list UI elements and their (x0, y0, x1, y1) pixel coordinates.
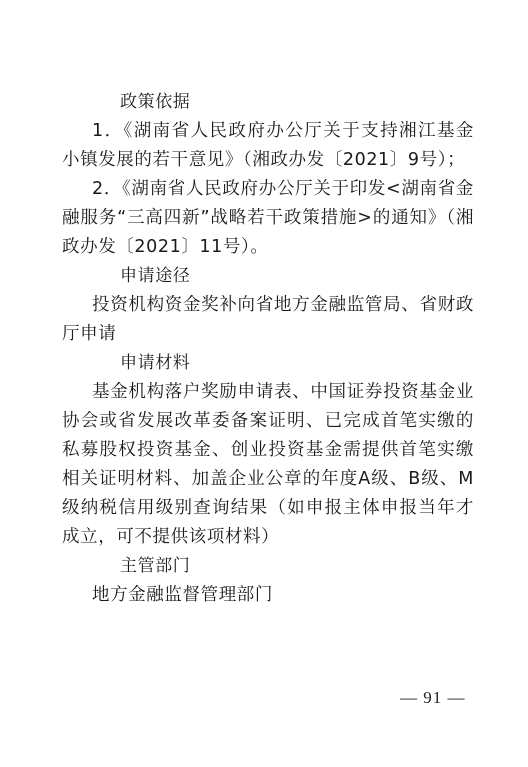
section-heading-competent-department: 主管部门 (62, 552, 474, 581)
application-channel-text: 投资机构资金奖补向省地方金融监管局、省财政厅申请 (62, 291, 474, 349)
section-heading-policy-basis: 政策依据 (62, 88, 474, 117)
section-heading-application-materials: 申请材料 (62, 349, 474, 378)
competent-department-text: 地方金融监督管理部门 (62, 581, 474, 610)
page-content: 政策依据 1．《湖南省人民政府办公厅关于支持湘江基金小镇发展的若干意见》（湘政办… (62, 88, 474, 610)
section-heading-application-channel: 申请途径 (62, 262, 474, 291)
policy-basis-item-2: 2．《湖南省人民政府办公厅关于印发<湖南省金融服务“三高四新”战略若干政策措施>… (62, 175, 474, 262)
document-page: 政策依据 1．《湖南省人民政府办公厅关于支持湘江基金小镇发展的若干意见》（湘政办… (0, 0, 528, 767)
application-materials-text: 基金机构落户奖励申请表、中国证券投资基金业协会或省发展改革委备案证明、已完成首笔… (62, 378, 474, 552)
policy-basis-item-1: 1．《湖南省人民政府办公厅关于支持湘江基金小镇发展的若干意见》（湘政办发〔202… (62, 117, 474, 175)
page-number: — 91 — (400, 688, 466, 708)
